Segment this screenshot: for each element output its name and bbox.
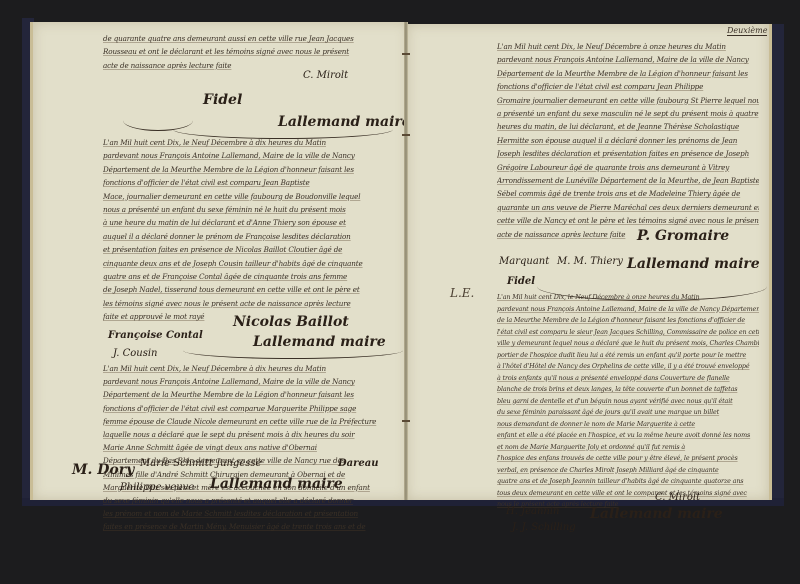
text-line: Marie Anne Schmitt âgée de vingt deux an… [103, 441, 399, 454]
signature: Marie Schmitt Jungesse [140, 458, 261, 469]
text-line: Département de la Meurthe Membre de la L… [103, 163, 399, 176]
signature-flourish [183, 342, 403, 359]
signature: Fidel [203, 92, 242, 108]
text-line: faites en présence de Martin Mény, Menui… [103, 520, 399, 533]
birth-entry-2: L'an Mil huit cent Dix, le Neuf Décembre… [103, 362, 399, 534]
page-heading: Deuxième [727, 26, 767, 36]
text-line: Hermitte son épouse auquel il a déclaré … [497, 134, 759, 147]
signature: Marquant [499, 256, 549, 267]
text-line: et présentation faites en présence de Ni… [103, 243, 399, 256]
birth-entry-4: L'an Mil huit cent Dix, le Neuf Décembre… [497, 292, 759, 511]
text-line: pardevant nous François Antoine Lalleman… [497, 304, 759, 316]
text-line: quatre ans et de Françoise Contal âgée d… [103, 270, 399, 283]
text-line: Joseph lesdites déclaration et présentat… [497, 147, 759, 160]
text-line: à une heure du matin de lui déclarant et… [103, 216, 399, 229]
signature: Fidel [507, 276, 535, 287]
signature: Nicolas Baillot [233, 314, 349, 330]
text-line: bleu garni de dentelle et d'un béguin no… [497, 396, 759, 408]
text-line: tous deux demeurant en cette ville et on… [497, 488, 759, 500]
text-line: fonctions d'officier de l'état civil est… [103, 176, 399, 189]
text-line: pardevant nous François Antoine Lalleman… [103, 149, 399, 162]
text-line: Grégoire Laboureur âgé de quarante trois… [497, 161, 759, 174]
text-line: auquel il a déclaré donner le prénom de … [103, 230, 399, 243]
text-line: nous a présenté un enfant du sexe fémini… [103, 203, 399, 216]
margin-note: L.E. [450, 286, 474, 300]
text-line: laquelle nous a déclaré que le sept du p… [103, 428, 399, 441]
text-line: fonctions d'officier de l'état civil est… [497, 80, 759, 93]
text-line: L'an Mil huit cent Dix, le Neuf Décembre… [103, 136, 399, 149]
text-line: femme épouse de Claude Nicole demeurant … [103, 415, 399, 428]
text-line: Gromaire journalier demeurant en cette v… [497, 94, 759, 107]
text-line: pardevant nous François Antoine Lalleman… [103, 375, 399, 388]
text-line: Rousseau et ont le déclarant et les témo… [103, 45, 399, 58]
signature: M. Dory [72, 462, 134, 478]
text-line: les témoins signé avec nous le présent a… [103, 297, 399, 310]
signature: J. Cousin [113, 348, 157, 359]
text-line: quarante un ans veuve de Pierre Maréchal… [497, 201, 759, 214]
binding-stitch [402, 420, 410, 422]
text-line: Arrondissement de Lunéville Département … [497, 174, 759, 187]
text-line: cinquante deux ans et de Joseph Cousin t… [103, 257, 399, 270]
text-line: de la Meurthe Membre de la Légion d'honn… [497, 315, 759, 327]
text-line: enfant et elle a été placée en l'hospice… [497, 430, 759, 442]
text-line: Mace, journalier demeurant en cette vill… [103, 190, 399, 203]
signature: Lallemand maire [627, 256, 760, 272]
text-line: de quarante quatre ans demeurant aussi e… [103, 32, 399, 45]
signature: Dareau [338, 458, 379, 469]
left-continuation-text: de quarante quatre ans demeurant aussi e… [103, 32, 399, 72]
right-page: Deuxième L'an Mil huit cent Dix, le Neuf… [407, 24, 772, 500]
text-line: a présenté un enfant du sexe masculin né… [497, 107, 759, 120]
text-line: Département de la Meurthe Membre de la L… [103, 388, 399, 401]
text-line: acte de naissance après lecture faite [497, 228, 627, 241]
text-line: Sébel commis âgé de trente trois ans et … [497, 187, 759, 200]
text-line: L'an Mil huit cent Dix, le Neuf Décembre… [103, 362, 399, 375]
birth-entry-1: L'an Mil huit cent Dix, le Neuf Décembre… [103, 136, 399, 324]
text-line: du sexe féminin qu'elle nous a présenté … [103, 494, 399, 507]
text-line: pardevant nous François Antoine Lalleman… [497, 53, 759, 66]
signature: Philippe veuve [120, 482, 194, 493]
signature: Lallemand maire [210, 476, 343, 492]
signature: H. Jeannin [506, 506, 560, 517]
text-line: à l'hôtel d'Hôtel de Nancy des Orphelins… [497, 361, 759, 373]
text-line: L'an Mil huit cent Dix, le Neuf Décembre… [497, 40, 759, 53]
text-line: du sexe féminin paraissant âgé de jours … [497, 407, 759, 419]
book-gutter [404, 22, 408, 500]
signature: Lallemand maire [590, 506, 723, 522]
book-cover-right-edge [772, 24, 784, 502]
text-line: ville y demeurant lequel nous a déclaré … [497, 338, 759, 350]
signature: C. Mirolt [303, 70, 348, 81]
text-line: quatre ans et de Joseph Jeannin tailleur… [497, 476, 759, 488]
signature: P. Gromaire [637, 228, 729, 244]
birth-entry-3: L'an Mil huit cent Dix, le Neuf Décembre… [497, 40, 759, 241]
text-line: verbal, en présence de Charles Mirolt Jo… [497, 465, 759, 477]
text-line: les prénom et nom de Marie Schmitt lesdi… [103, 507, 399, 520]
binding-stitch [402, 134, 410, 136]
text-line: heures du matin, de lui déclarant, et de… [497, 120, 759, 133]
text-line: et nom de Marie Marguerite Joly et ordon… [497, 442, 759, 454]
text-line: Département de la Meurthe Membre de la L… [497, 67, 759, 80]
left-page: de quarante quatre ans demeurant aussi e… [30, 22, 408, 500]
signature: Françoise Contal [108, 330, 203, 341]
text-line: l'état civil est comparu le sieur Jean J… [497, 327, 759, 339]
text-line: acte de naissance après lecture faite [103, 59, 253, 72]
signature: C. Mirolt [655, 492, 700, 503]
text-line: portier de l'hospice dudit lieu lui a ét… [497, 350, 759, 362]
text-line: cette ville de Nancy et ont le père et l… [497, 214, 759, 227]
text-line: de Joseph Nadel, tisserand tous demeuran… [103, 283, 399, 296]
signature: M. M. Thiery [557, 256, 623, 267]
binding-stitch [402, 53, 410, 55]
signature: J. J. Schilling [512, 522, 576, 533]
text-line: fonctions d'officier de l'état civil est… [103, 402, 399, 415]
text-line: L'an Mil huit cent Dix, le Neuf Décembre… [497, 292, 759, 304]
text-line: nous demandant de donner le nom de Marie… [497, 419, 759, 431]
text-line: blanche de trois brins et deux langes, l… [497, 384, 759, 396]
text-line: l'hospice des enfans trouvés de cette vi… [497, 453, 759, 465]
text-line: faite et approuvé le mot rayé [103, 310, 213, 323]
text-line: à trois enfants qu'il nous a présenté en… [497, 373, 759, 385]
